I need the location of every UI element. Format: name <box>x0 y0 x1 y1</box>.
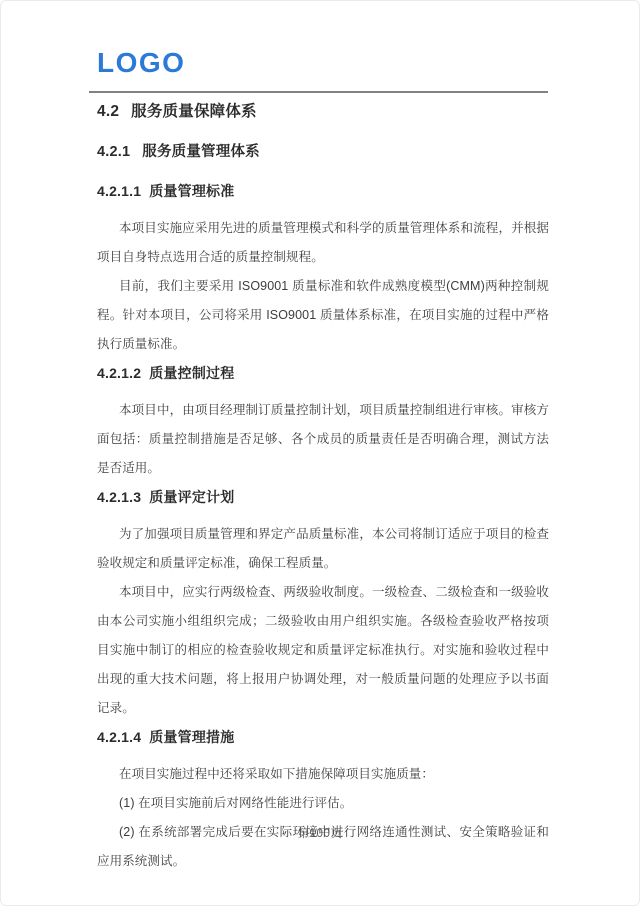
heading-number: 4.2 <box>97 103 119 120</box>
heading-title: 服务质量管理体系 <box>142 144 260 160</box>
heading-title: 质量管理措施 <box>149 729 234 745</box>
paragraph: 本项目实施应采用先进的质量管理模式和科学的质量管理体系和流程，并根据项目自身特点… <box>97 214 549 272</box>
section-heading: 4.2.1.2质量控制过程 <box>97 364 549 383</box>
paragraph: 本项目中，应实行两级检查、两级验收制度。一级检查、二级检查和一级验收由本公司实施… <box>97 578 549 723</box>
heading-number: 4.2.1 <box>97 144 130 160</box>
heading-title: 服务质量保障体系 <box>131 103 257 120</box>
paragraph: (1) 在项目实施前后对网络性能进行评估。 <box>97 789 549 818</box>
paragraph: 在项目实施过程中还将采取如下措施保障项目实施质量： <box>97 760 549 789</box>
heading-number: 4.2.1.3 <box>97 489 141 505</box>
paragraph: 目前，我们主要采用 ISO9001 质量标准和软件成熟度模型(CMM)两种控制规… <box>97 272 549 359</box>
heading-number: 4.2.1.2 <box>97 365 141 381</box>
page-number: 第100页 <box>1 825 639 841</box>
heading-title: 质量评定计划 <box>149 489 234 505</box>
header-divider <box>89 91 548 93</box>
heading-number: 4.2.1.1 <box>97 183 141 199</box>
document-page: LOGO 4.2服务质量保障体系4.2.1服务质量管理体系4.2.1.1质量管理… <box>0 0 640 906</box>
heading-title: 质量管理标准 <box>149 183 234 199</box>
company-logo: LOGO <box>97 49 639 77</box>
heading-title: 质量控制过程 <box>149 365 234 381</box>
document-body: 4.2服务质量保障体系4.2.1服务质量管理体系4.2.1.1质量管理标准本项目… <box>97 101 549 876</box>
section-heading: 4.2服务质量保障体系 <box>97 101 549 122</box>
heading-number: 4.2.1.4 <box>97 729 141 745</box>
paragraph: 为了加强项目质量管理和界定产品质量标准，本公司将制订适应于项目的检查验收规定和质… <box>97 520 549 578</box>
section-heading: 4.2.1.4质量管理措施 <box>97 728 549 747</box>
section-heading: 4.2.1.3质量评定计划 <box>97 488 549 507</box>
section-heading: 4.2.1服务质量管理体系 <box>97 142 549 162</box>
paragraph: 本项目中，由项目经理制订质量控制计划，项目质量控制组进行审核。审核方面包括：质量… <box>97 396 549 483</box>
section-heading: 4.2.1.1质量管理标准 <box>97 182 549 201</box>
